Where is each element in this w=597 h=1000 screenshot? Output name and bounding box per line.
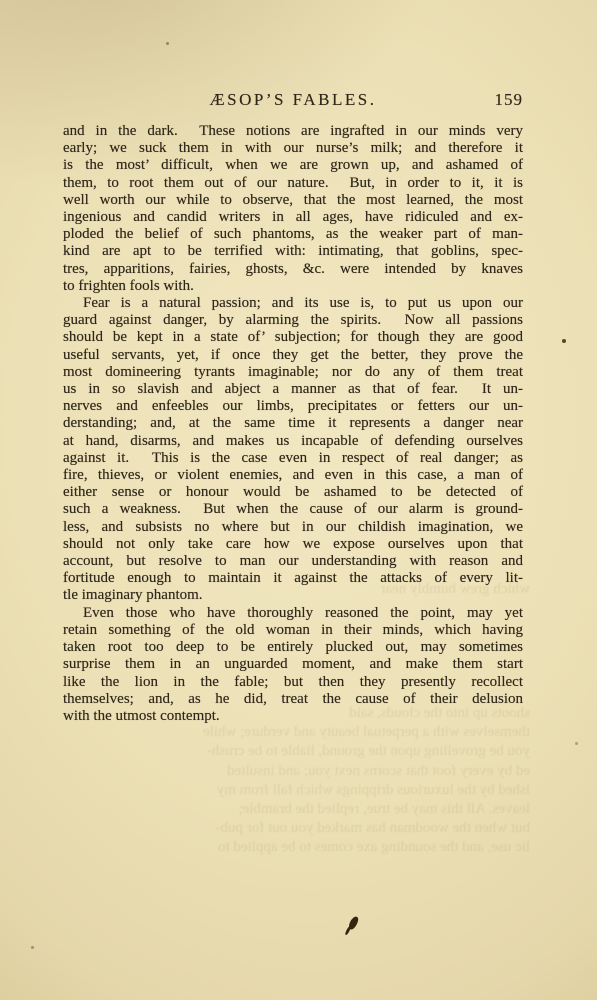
text-line: with the utmost contempt. <box>63 708 523 725</box>
bleed-through-line: leaves. All this may be true, replied th… <box>60 800 530 819</box>
text-line: taken root too deep to be entirely pluck… <box>63 639 523 656</box>
page-title: ÆSOP’S FABLES. <box>63 90 523 110</box>
page-number: 159 <box>495 90 524 110</box>
text-line: retain something of the old woman in the… <box>63 622 523 639</box>
bleed-through-line: themselves with a perpetual beauty and v… <box>60 723 530 742</box>
text-line: against it. This is the case even in res… <box>63 450 523 467</box>
text-line: early; we suck them in with our nurse’s … <box>63 140 523 157</box>
text-line: ingenious and candid writers in all ages… <box>63 209 523 226</box>
text-line: useful servants, yet, if once they get t… <box>63 347 523 364</box>
bleed-through-line: ished by the luxurious drippings which f… <box>60 781 530 800</box>
text-line: most domineering tyrants imaginable; nor… <box>63 364 523 381</box>
text-line: fortitude enough to maintain it against … <box>63 570 523 587</box>
bleed-through-text: shoots up into the clouds, saidthemselve… <box>60 704 530 858</box>
ink-blot <box>347 915 359 931</box>
ink-speck <box>166 42 169 45</box>
text-line: kind are apt to be terrified with: intim… <box>63 243 523 260</box>
text-line: derstanding; and, at the same time it re… <box>63 415 523 432</box>
text-line: themselves; and, as he did, treat the ca… <box>63 691 523 708</box>
running-head: ÆSOP’S FABLES. 159 <box>63 90 523 112</box>
text-line: like the lion in the fable; but then the… <box>63 674 523 691</box>
bleed-through-line: but when the woodman has marked you out … <box>60 819 530 838</box>
ink-speck <box>562 339 566 343</box>
text-line: at hand, disarms, and makes us incapable… <box>63 433 523 450</box>
ink-speck <box>31 946 34 949</box>
text-line: guard against danger, by alarming the sp… <box>63 312 523 329</box>
text-line: tres, apparitions, fairies, ghosts, &c. … <box>63 261 523 278</box>
text-line: surprise them in an unguarded moment, an… <box>63 656 523 673</box>
bleed-through-line: you be grovelling upon the ground, liabl… <box>60 742 530 761</box>
text-line: Even those who have thoroughly reasoned … <box>63 605 523 622</box>
text-line: and in the dark. These notions are ingra… <box>63 123 523 140</box>
text-line: them, to root them out of our nature. Bu… <box>63 175 523 192</box>
text-line: such a weakness. But when the cause of o… <box>63 501 523 518</box>
text-line: should be kept in a state of’ subjection… <box>63 329 523 346</box>
text-line: to frighten fools with. <box>63 278 523 295</box>
text-line: account, but resolve to man our understa… <box>63 553 523 570</box>
text-block: and in the dark. These notions are ingra… <box>63 123 523 725</box>
text-line: is the most’ difficult, when we are grow… <box>63 157 523 174</box>
text-line: us in so slavish and abject a manner as … <box>63 381 523 398</box>
text-line: either sense or honour would be ashamed … <box>63 484 523 501</box>
text-line: well worth our while to observe, that th… <box>63 192 523 209</box>
text-line: should not only take care how we expose … <box>63 536 523 553</box>
bleed-through-line: lic use, and the sounding axe comes to b… <box>60 838 530 857</box>
text-line: nerves and enfeebles our limbs, precipit… <box>63 398 523 415</box>
bleed-through-line: ed by every foot that scorns next you; a… <box>60 762 530 781</box>
text-line: tle imaginary phantom. <box>63 587 523 604</box>
ink-speck <box>575 742 578 745</box>
text-line: fire, thieves, or violent enemies, and e… <box>63 467 523 484</box>
text-line: Fear is a natural passion; and its use i… <box>63 295 523 312</box>
book-page: ÆSOP’S FABLES. 159 and in the dark. Thes… <box>0 0 597 1000</box>
text-line: less, and subsists no where but in our c… <box>63 519 523 536</box>
text-line: ploded the belief of such phantoms, as t… <box>63 226 523 243</box>
